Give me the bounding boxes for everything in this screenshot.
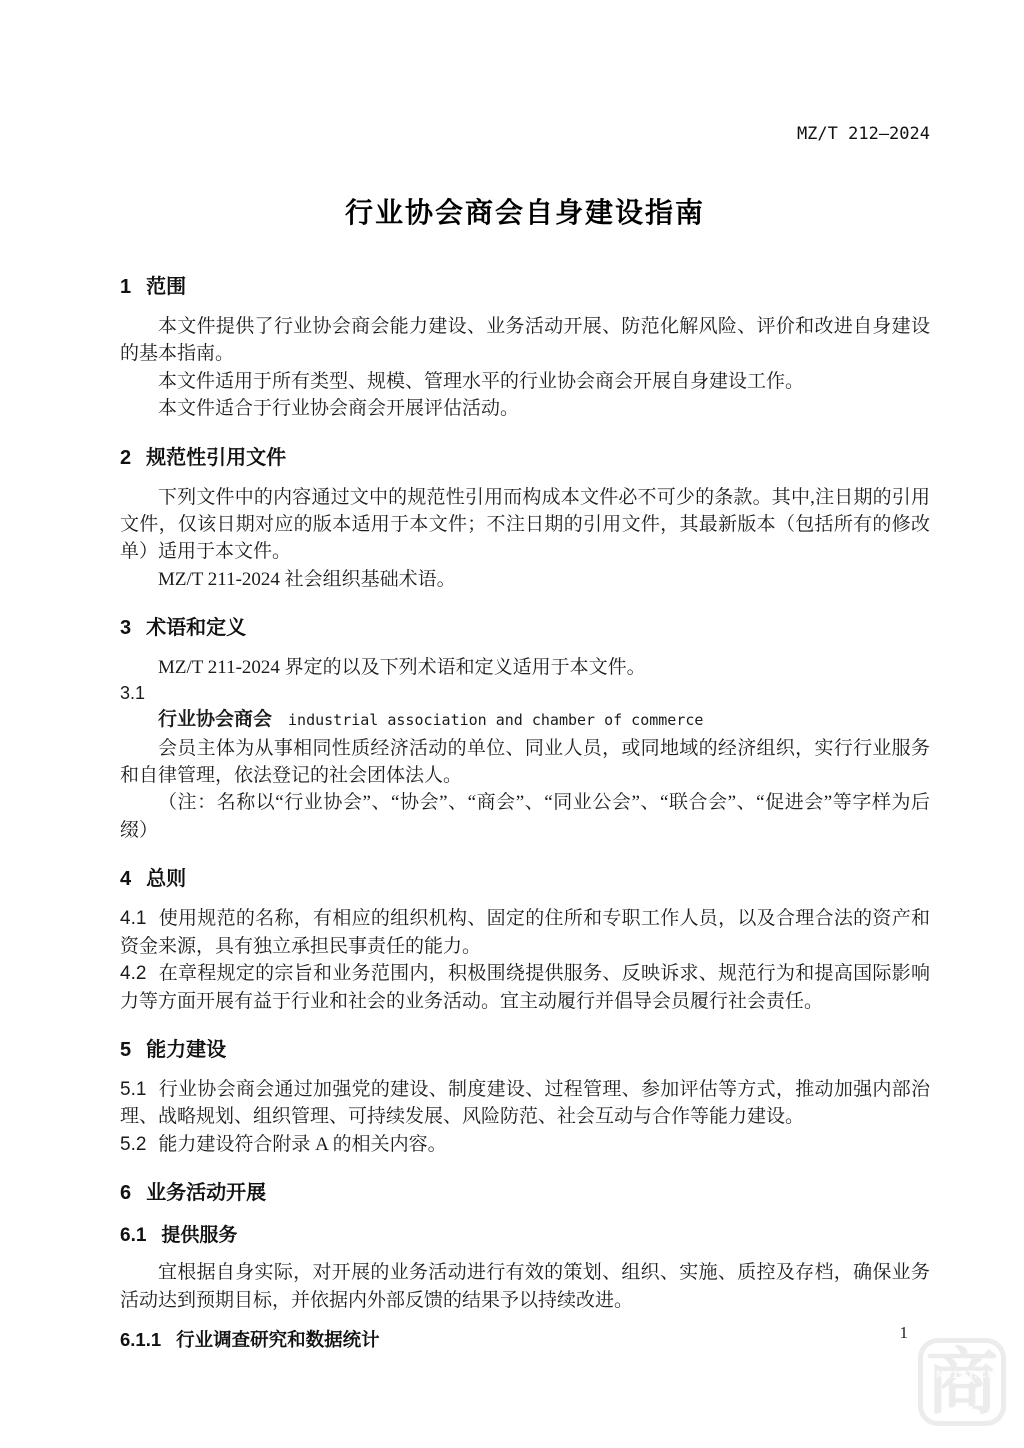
section-5-title: 能力建设 [146,1039,226,1061]
section-5-number: 5 [120,1039,131,1061]
section-1-heading: 1范围 [120,274,930,300]
section-2-paragraph: 下列文件中的内容通过文中的规范性引用而构成本文件必不可少的条款。其中,注日期的引… [120,484,930,566]
section-2-heading: 2规范性引用文件 [120,445,930,471]
section-4-number: 4 [120,868,131,890]
section-6-1-paragraph: 宜根据自身实际，对开展的业务活动进行有效的策划、组织、实施、质控及存档，确保业务… [120,1259,930,1314]
doc-code: MZ/T 212—2024 [120,123,930,145]
section-1-paragraph: 本文件适合于行业协会商会开展评估活动。 [120,395,930,422]
section-1-title: 范围 [146,276,186,298]
term-note: （注：名称以“行业协会”、“协会”、“商会”、“同业公会”、“联合会”、“促进会… [120,789,930,844]
clause-4-2-number: 4.2 [120,963,146,984]
section-2-reference: MZ/T 211-2024 社会组织基础术语。 [120,566,930,593]
clause-4-1-text: 使用规范的名称，有相应的组织机构、固定的住所和专职工作人员，以及合理合法的资产和… [120,908,930,956]
section-3-title: 术语和定义 [146,617,246,639]
section-3-heading: 3术语和定义 [120,615,930,641]
section-6-1-1-heading: 6.1.1行业调查研究和数据统计 [120,1327,930,1353]
clause-5-2-number: 5.2 [120,1134,146,1155]
watermark-site-text: YN21ST.CN [918,1369,1006,1381]
section-1-number: 1 [120,276,131,298]
clause-5-1: 5.1行业协会商会通过加强党的建设、制度建设、过程管理、参加评估等方式，推动加强… [120,1076,930,1131]
section-1-paragraph: 本文件适用于所有类型、规模、管理水平的行业协会商会开展自身建设工作。 [120,368,930,395]
section-5-heading: 5能力建设 [120,1037,930,1063]
section-1-paragraph: 本文件提供了行业协会商会能力建设、业务活动开展、防范化解风险、评价和改进自身建设… [120,313,930,368]
term-entry: 行业协会商会industrial association and chamber… [120,705,930,735]
section-6-heading: 6业务活动开展 [120,1180,930,1206]
page-number: 1 [900,1323,909,1343]
clause-5-2-text: 能力建设符合附录 A 的相关内容。 [158,1134,446,1155]
section-6-number: 6 [120,1182,131,1204]
term-english: industrial association and chamber of co… [288,711,703,729]
clause-4-1-number: 4.1 [120,908,146,929]
section-6-1-title: 提供服务 [161,1225,237,1246]
section-6-1-1-number: 6.1.1 [120,1329,161,1350]
clause-4-1: 4.1使用规范的名称，有相应的组织机构、固定的住所和专职工作人员，以及合理合法的… [120,905,930,960]
section-3-number: 3 [120,617,131,639]
term-number: 3.1 [120,682,930,705]
section-4-title: 总则 [146,868,186,890]
clause-5-1-text: 行业协会商会通过加强党的建设、制度建设、过程管理、参加评估等方式，推动加强内部治… [120,1079,930,1127]
term-definition: 会员主体为从事相同性质经济活动的单位、同业人员，或同地域的经济组织，实行行业服务… [120,735,930,790]
section-4-heading: 4总则 [120,866,930,892]
section-6-1-heading: 6.1提供服务 [120,1223,930,1249]
section-2-number: 2 [120,447,131,469]
document-page: MZ/T 212—2024 行业协会商会自身建设指南 1范围 本文件提供了行业协… [0,0,1024,1448]
commerce-character-icon: 商 [918,1338,1006,1426]
section-3-paragraph: MZ/T 211-2024 界定的以及下列术语和定义适用于本文件。 [120,654,930,681]
clause-5-2: 5.2能力建设符合附录 A 的相关内容。 [120,1131,930,1158]
section-2-title: 规范性引用文件 [146,447,286,469]
watermark-logo: 商 YN21ST.CN [918,1338,1006,1426]
term-chinese: 行业协会商会 [158,709,272,730]
doc-title: 行业协会商会自身建设指南 [120,195,930,231]
section-6-title: 业务活动开展 [146,1182,266,1204]
section-6-1-1-title: 行业调查研究和数据统计 [176,1329,380,1350]
clause-4-2: 4.2在章程规定的宗旨和业务范围内，积极围绕提供服务、反映诉求、规范行为和提高国… [120,960,930,1015]
clause-4-2-text: 在章程规定的宗旨和业务范围内，积极围绕提供服务、反映诉求、规范行为和提高国际影响… [120,963,930,1011]
section-6-1-number: 6.1 [120,1225,146,1246]
clause-5-1-number: 5.1 [120,1079,146,1100]
